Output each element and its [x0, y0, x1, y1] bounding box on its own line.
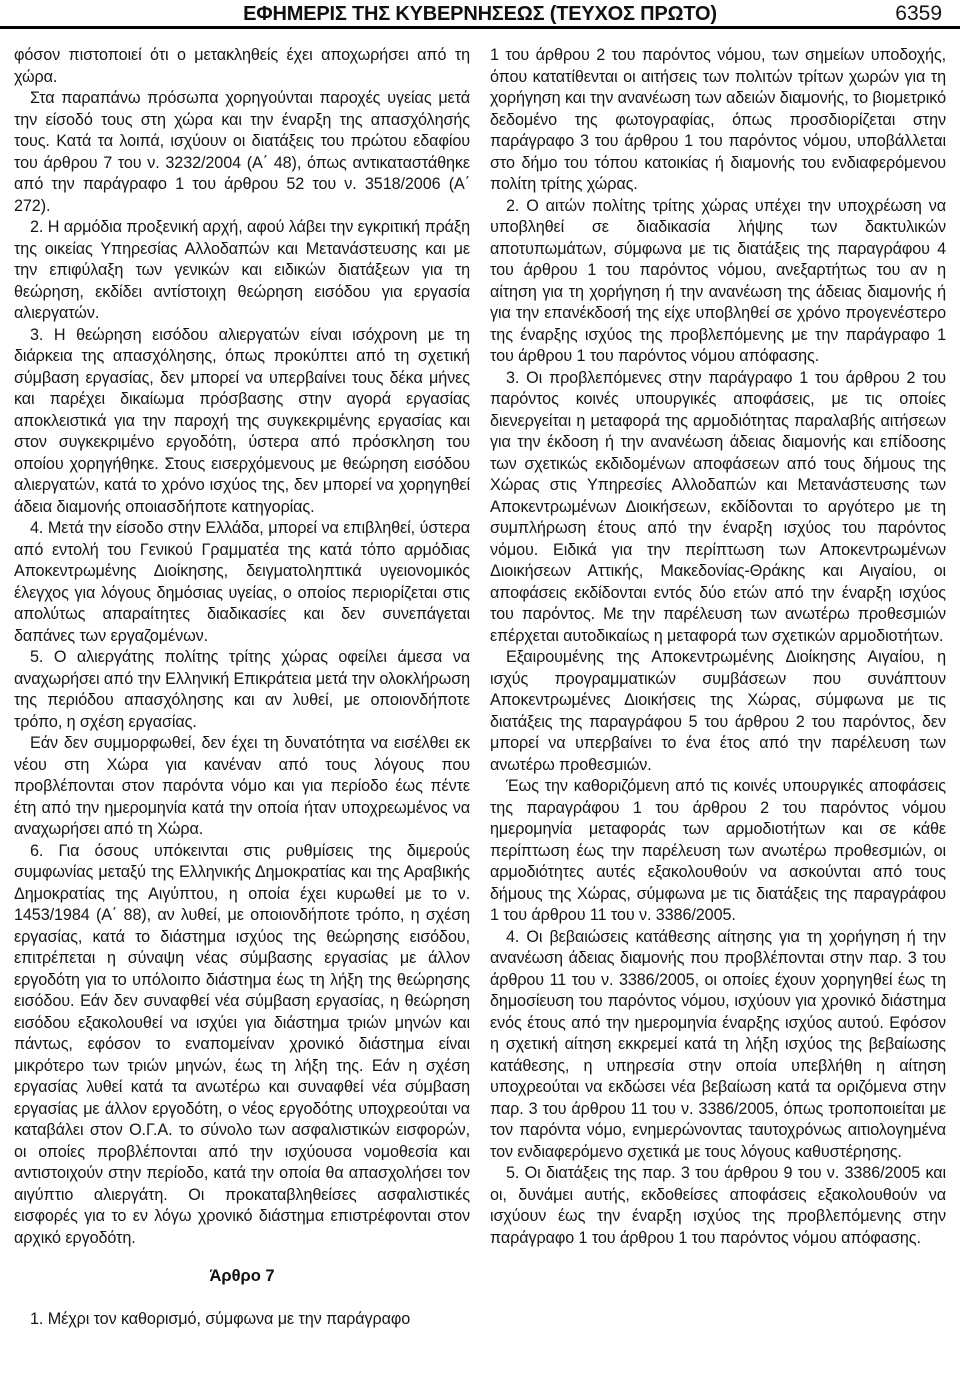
paragraph: Εάν δεν συμμορφωθεί, δεν έχει τη δυνατότ…	[14, 733, 470, 841]
paragraph: 2. Η αρμόδια προξενική αρχή, αφού λάβει …	[14, 217, 470, 325]
paragraph: 6. Για όσους υπόκεινται στις ρυθμίσεις τ…	[14, 841, 470, 1250]
paragraph: 5. Οι διατάξεις της παρ. 3 του άρθρου 9 …	[490, 1163, 946, 1249]
header-rule	[0, 26, 960, 29]
right-column: 1 του άρθρου 2 του παρόντος νόμου, των σ…	[490, 45, 946, 1396]
paragraph: 4. Οι βεβαιώσεις κατάθεσης αίτησης για τ…	[490, 927, 946, 1164]
page-body: φόσον πιστοποιεί ότι ο μετακληθείς έχει …	[14, 45, 946, 1396]
gazette-title: ΕΦΗΜΕΡΙΣ ΤΗΣ ΚΥΒΕΡΝΗΣΕΩΣ (ΤΕΥΧΟΣ ΠΡΩΤΟ)	[0, 3, 960, 26]
left-column: φόσον πιστοποιεί ότι ο μετακληθείς έχει …	[14, 45, 470, 1396]
paragraph: 4. Μετά την είσοδο στην Ελλάδα, μπορεί ν…	[14, 518, 470, 647]
paragraph: 5. Ο αλιεργάτης πολίτης τρίτης χώρας οφε…	[14, 647, 470, 733]
paragraph: 3. Η θεώρηση εισόδου αλιεργατών είναι ισ…	[14, 325, 470, 519]
page-number: 6359	[895, 2, 942, 26]
article-heading: Άρθρο 7	[14, 1266, 470, 1288]
paragraph: φόσον πιστοποιεί ότι ο μετακληθείς έχει …	[14, 45, 470, 88]
paragraph: Εξαιρουμένης της Αποκεντρωμένης Διοίκηση…	[490, 647, 946, 776]
paragraph: 1 του άρθρου 2 του παρόντος νόμου, των σ…	[490, 45, 946, 196]
paragraph: 3. Οι προβλεπόμενες στην παράγραφο 1 του…	[490, 368, 946, 648]
page-header: ΕΦΗΜΕΡΙΣ ΤΗΣ ΚΥΒΕΡΝΗΣΕΩΣ (ΤΕΥΧΟΣ ΠΡΩΤΟ) …	[0, 0, 960, 26]
paragraph: Στα παραπάνω πρόσωπα χορηγούνται παροχές…	[14, 88, 470, 217]
gazette-page: ΕΦΗΜΕΡΙΣ ΤΗΣ ΚΥΒΕΡΝΗΣΕΩΣ (ΤΕΥΧΟΣ ΠΡΩΤΟ) …	[0, 0, 960, 1400]
paragraph: 2. Ο αιτών πολίτης τρίτης χώρας υπέχει τ…	[490, 196, 946, 368]
paragraph: 1. Μέχρι τον καθορισμό, σύμφωνα με την π…	[14, 1309, 470, 1331]
paragraph: Έως την καθοριζόμενη από τις κοινές υπου…	[490, 776, 946, 927]
